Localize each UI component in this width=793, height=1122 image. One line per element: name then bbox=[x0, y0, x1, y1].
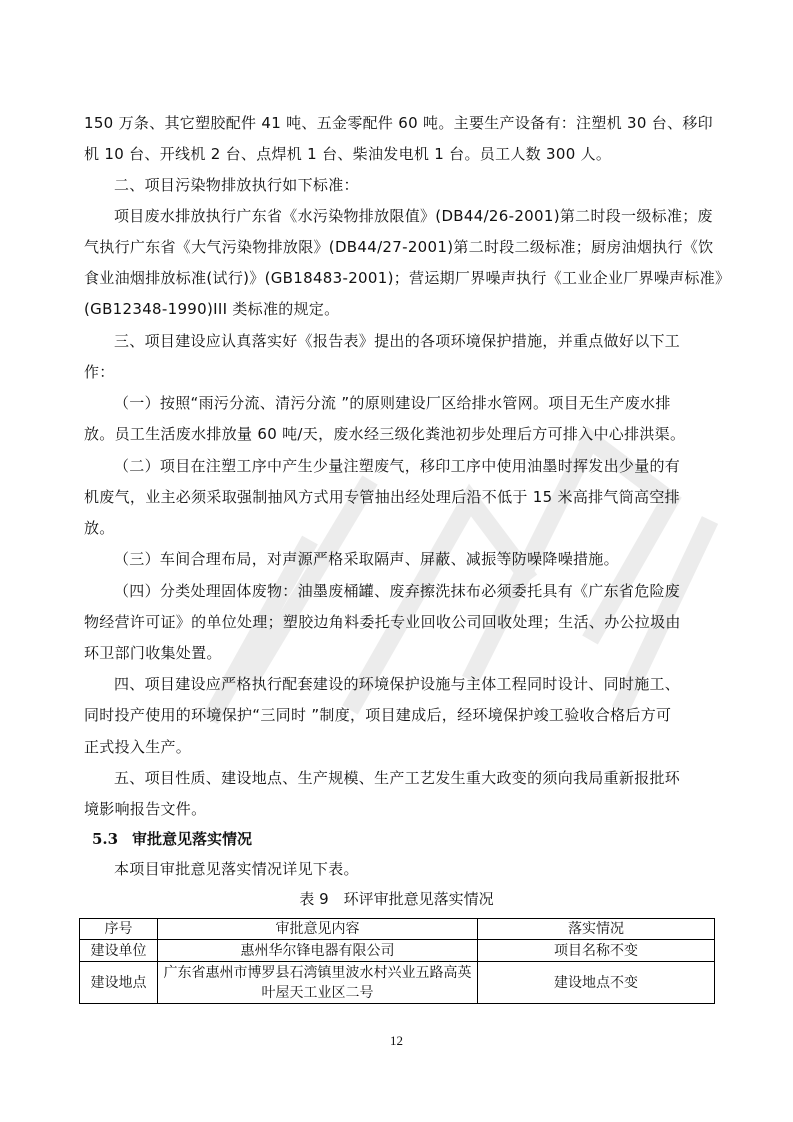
section-heading-2: 二、项目污染物排放执行如下标准： bbox=[114, 174, 359, 195]
section-title-text: 审批意见落实情况 bbox=[132, 830, 252, 848]
table-row: 建设地点 广东省惠州市博罗县石湾镇里波水村兴业五路高英叶屋天工业区二号 建设地点… bbox=[80, 962, 715, 1004]
section-number: 5.3 bbox=[92, 830, 132, 848]
paragraph-line: （二）项目在注塑工序中产生少量注塑废气，移印工序中使用油墨时挥发出少量的有 bbox=[114, 455, 680, 476]
paragraph-line: 机 10 台、开线机 2 台、点焊机 1 台、柴油发电机 1 台。员工人数 30… bbox=[84, 143, 611, 164]
paragraph-line: 放。员工生活废水排放量 60 吨/天，废水经三级化粪池初步处理后方可排入中心排洪… bbox=[84, 423, 685, 444]
paragraph-line: 150 万条、其它塑胶配件 41 吨、五金零配件 60 吨。主要生产设备有：注塑… bbox=[84, 112, 713, 133]
table-header-cell: 审批意见内容 bbox=[158, 919, 478, 940]
table-header-cell: 序号 bbox=[80, 919, 158, 940]
paragraph-line: 环卫部门收集处置。 bbox=[84, 642, 222, 663]
table-row: 建设单位 惠州华尔锋电器有限公司 项目名称不变 bbox=[80, 940, 715, 962]
section-heading-4: 四、项目建设应严格执行配套建设的环境保护设施与主体工程同时设计、同时施工、 bbox=[114, 673, 680, 694]
paragraph-line: 项目废水排放执行广东省《水污染物排放限值》(DB44/26-2001)第二时段一… bbox=[114, 205, 713, 226]
table-cell: 建设地点 bbox=[80, 962, 158, 1004]
table-cell: 惠州华尔锋电器有限公司 bbox=[158, 940, 478, 962]
paragraph-line: 境影响报告文件。 bbox=[84, 798, 206, 819]
paragraph-line: (GB12348-1990)III 类标准的规定。 bbox=[84, 298, 339, 319]
table-cell: 项目名称不变 bbox=[478, 940, 715, 962]
paragraph-line: 正式投入生产。 bbox=[84, 736, 191, 757]
approval-table: 序号 审批意见内容 落实情况 建设单位 惠州华尔锋电器有限公司 项目名称不变 建… bbox=[79, 918, 715, 1004]
page-number: 12 bbox=[0, 1033, 793, 1049]
paragraph-line: 放。 bbox=[84, 517, 115, 538]
paragraph-line: 作： bbox=[84, 361, 115, 382]
paragraph-line: 气执行广东省《大气污染物排放限》(DB44/27-2001)第二时段二级标准；厨… bbox=[84, 236, 713, 257]
table-header-cell: 落实情况 bbox=[478, 919, 715, 940]
paragraph-line: 机废气，业主必须采取强制抽风方式用专管抽出经处理后沿不低于 15 米高排气筒高空… bbox=[84, 486, 680, 507]
table-caption: 表 9 环评审批意见落实情况 bbox=[0, 888, 793, 909]
table-cell: 建设地点不变 bbox=[478, 962, 715, 1004]
section-heading-3: 三、项目建设应认真落实好《报告表》提出的各项环境保护措施，并重点做好以下工 bbox=[114, 330, 680, 351]
paragraph-line: 物经营许可证》的单位处理；塑胶边角料委托专业回收公司回收处理；生活、办公拉圾由 bbox=[84, 611, 681, 632]
document-page: 150 万条、其它塑胶配件 41 吨、五金零配件 60 吨。主要生产设备有：注塑… bbox=[0, 0, 793, 1122]
paragraph-line: （四）分类处理固体废物：油墨废桶罐、废弃擦洗抹布必须委托具有《广东省危险废 bbox=[114, 580, 680, 601]
paragraph-line: 同时投产使用的环境保护“三同时 ”制度，项目建成后，经环境保护竣工验收合格后方可 bbox=[84, 704, 671, 725]
paragraph-line: 食业油烟排放标准(试行)》(GB18483-2001)；营运期厂界噪声执行《工业… bbox=[84, 267, 730, 288]
paragraph-line: （一）按照“雨污分流、清污分流 ”的原则建设厂区给排水管网。项目无生产废水排 bbox=[114, 392, 671, 413]
section-title: 5.3审批意见落实情况 bbox=[92, 828, 252, 849]
paragraph-line: （三）车间合理布局，对声源严格采取隔声、屏蔽、减振等防噪降噪措施。 bbox=[114, 548, 619, 569]
table-intro: 本项目审批意见落实情况详见下表。 bbox=[114, 858, 359, 879]
section-heading-5: 五、项目性质、建设地点、生产规模、生产工艺发生重大政变的须向我局重新报批环 bbox=[114, 767, 680, 788]
table-cell: 建设单位 bbox=[80, 940, 158, 962]
table-cell: 广东省惠州市博罗县石湾镇里波水村兴业五路高英叶屋天工业区二号 bbox=[158, 962, 478, 1004]
table-header-row: 序号 审批意见内容 落实情况 bbox=[80, 919, 715, 940]
